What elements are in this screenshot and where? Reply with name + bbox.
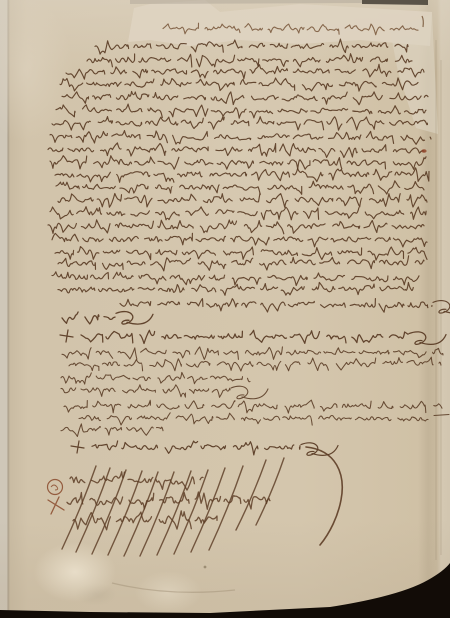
main-paragraph-handwriting-line xyxy=(120,299,450,314)
main-paragraph-handwriting-line xyxy=(48,220,424,234)
entry-2-handwriting-line xyxy=(61,372,250,384)
cancelled-entries-handwriting-line xyxy=(73,511,217,530)
entry-2-handwriting-line xyxy=(69,357,441,371)
entry-3-handwriting-line xyxy=(61,424,163,437)
main-paragraph-handwriting-line xyxy=(66,64,424,79)
cancellation-circle-mark xyxy=(48,480,63,495)
main-paragraph-handwriting-line xyxy=(60,78,418,91)
main-paragraph-handwriting-line xyxy=(58,256,424,271)
main-paragraph-handwriting-line xyxy=(62,91,428,104)
entry-4-handwriting-line xyxy=(71,441,338,455)
strikethrough-slash xyxy=(62,466,96,549)
main-paragraph-handwriting-line xyxy=(56,181,424,195)
ink-speck xyxy=(204,566,207,569)
entry-3-handwriting-line xyxy=(79,413,449,425)
cancellation-circle-inner xyxy=(51,485,58,490)
strikethrough-slash xyxy=(140,472,174,556)
strikethrough-slash xyxy=(191,468,225,552)
top-gray-band xyxy=(130,0,362,4)
main-paragraph-handwriting-line xyxy=(50,156,426,170)
stain-tideline xyxy=(112,583,235,592)
strikethrough-slash xyxy=(256,458,284,525)
top-dark-band xyxy=(362,0,428,5)
strikethrough-slash xyxy=(108,471,142,555)
main-paragraph-handwriting-line xyxy=(58,193,427,207)
photo-backdrop xyxy=(0,0,450,618)
main-paragraph-handwriting-line xyxy=(55,168,429,182)
strikethrough-slash xyxy=(236,460,266,530)
red-ink-speck xyxy=(421,149,426,153)
pen-flourish-curve xyxy=(306,447,342,545)
main-paragraph-handwriting-line xyxy=(87,54,412,67)
main-paragraph-handwriting-line xyxy=(50,207,426,220)
main-paragraph-handwriting-line xyxy=(55,247,427,261)
main-paragraph-handwriting-line xyxy=(52,233,427,247)
cancellation-cross-mark xyxy=(48,497,64,514)
entry-3-handwriting-line xyxy=(64,400,442,413)
strikethrough-slash xyxy=(209,466,243,550)
entry-2-handwriting-line xyxy=(61,385,268,399)
main-paragraph-handwriting-line xyxy=(48,143,424,158)
main-paragraph-handwriting-line xyxy=(95,39,408,54)
entry-2-handwriting-line xyxy=(62,347,443,360)
main-paragraph-handwriting-line xyxy=(52,272,419,286)
main-paragraph-handwriting-line xyxy=(50,131,431,145)
top-torn-strip xyxy=(128,0,432,46)
handwriting-layer xyxy=(0,0,450,618)
entry-1-handwriting-line xyxy=(60,330,446,344)
main-paragraph-handwriting-line xyxy=(56,104,426,118)
main-paragraph-handwriting-line xyxy=(52,117,428,131)
rubric-note-handwriting-line xyxy=(62,312,153,325)
